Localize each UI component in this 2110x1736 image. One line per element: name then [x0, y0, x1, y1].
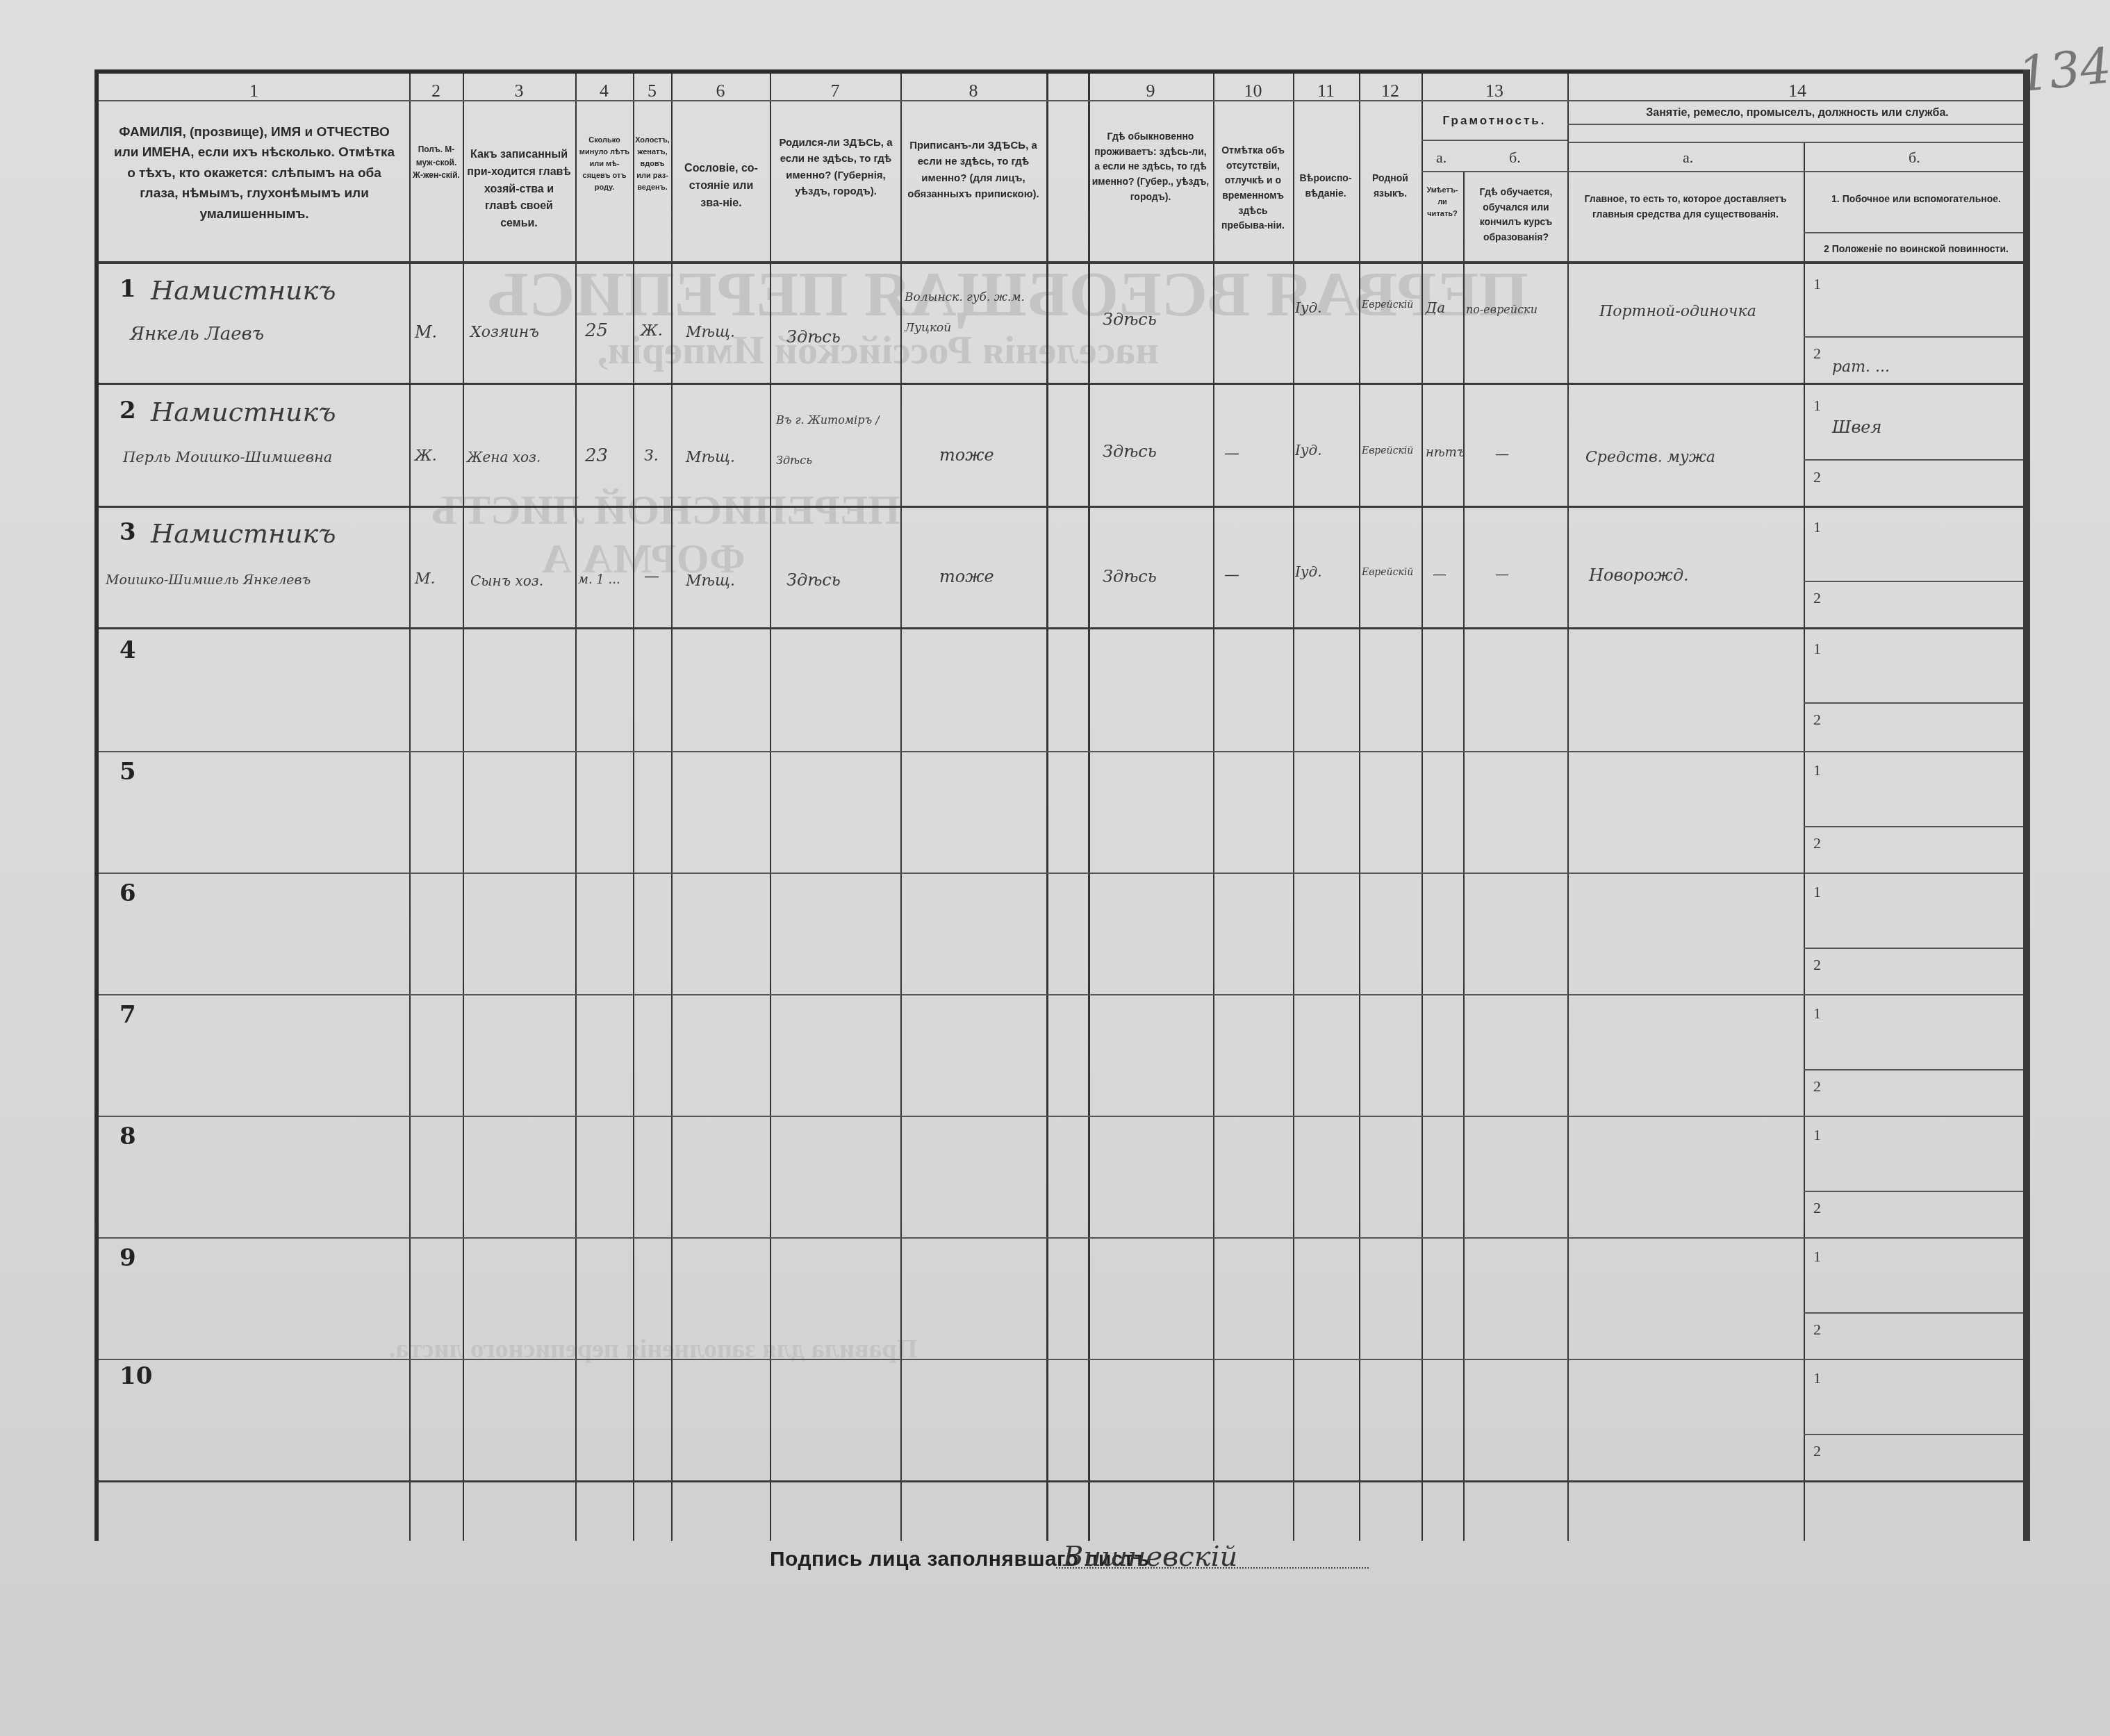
col-divider: [1567, 74, 1569, 1541]
cell-sex: М.: [415, 322, 437, 342]
cell-absence: —: [1224, 567, 1239, 584]
header-13b-label: б.: [1509, 149, 1521, 167]
row-rule: [99, 506, 2027, 508]
subrow-label: 2: [1813, 1442, 1821, 1460]
subrow-label: 2: [1813, 345, 1821, 363]
cell-military: рат. ...: [1832, 358, 1890, 376]
subrow-label: 2: [1813, 1321, 1821, 1339]
cell-age: 25: [585, 320, 608, 341]
col-number: 13: [1421, 81, 1567, 101]
col-divider: [463, 74, 464, 1541]
cell-religion: Іуд.: [1295, 563, 1322, 580]
subrow-rule: [1804, 1312, 2027, 1314]
header-col-6: Сословіе, со-стояніе или зва-ніе.: [679, 160, 763, 212]
col-divider: [1046, 74, 1048, 1541]
subrow-rule: [1804, 459, 2027, 461]
header-14a-label: а.: [1683, 149, 1693, 167]
subrow-label: 2: [1813, 956, 1821, 974]
cell-estate: Мѣщ.: [686, 572, 735, 590]
subrow-rule: [1804, 826, 2027, 827]
col-number: 14: [1567, 81, 2027, 101]
cell-name: Перль Моишко-Шимшевна: [123, 449, 332, 465]
header-bottom-rule: [99, 261, 2027, 264]
header-rule: [1804, 232, 2027, 233]
cell-literacy-read: —: [1433, 565, 1446, 582]
subrow-label: 1: [1813, 275, 1821, 293]
col-number: 3: [463, 81, 575, 101]
col-divider: [1088, 74, 1090, 1541]
col-divider: [1293, 74, 1294, 1541]
cell-residence: Здѣсь: [1103, 310, 1157, 329]
subrow-label: 1: [1813, 1005, 1821, 1023]
cell-age: м. 1 ...: [578, 572, 620, 587]
cell-literacy-where: по-еврейски: [1466, 303, 1538, 316]
subrow-label: 1: [1813, 1369, 1821, 1387]
table-right-border: [2023, 69, 2030, 1541]
col-number: 4: [575, 81, 633, 101]
subrow-label: 2: [1813, 1077, 1821, 1096]
row-number: 9: [119, 1244, 136, 1272]
row-number: 8: [119, 1123, 136, 1150]
col-number: 11: [1293, 81, 1359, 101]
cell-marital: —: [644, 568, 659, 586]
col-divider: [1359, 74, 1360, 1541]
row-rule: [99, 1116, 2027, 1117]
row-rule: [99, 994, 2027, 995]
col-number: 10: [1213, 81, 1293, 101]
header-col-3: Какъ записанный при-ходится главѣ хозяй-…: [467, 147, 571, 233]
col-number: 7: [770, 81, 900, 101]
row-number: 7: [119, 1001, 136, 1029]
cell-absence: —: [1224, 445, 1239, 463]
header-col-1: ФАМИЛІЯ, (прозвище), ИМЯ и ОТЧЕСТВО или …: [108, 122, 400, 224]
row-number: 6: [119, 879, 136, 907]
subrow-label: 2: [1813, 1199, 1821, 1217]
subrow-rule: [1804, 1434, 2027, 1435]
cell-occupation-main: Средств. мужа: [1585, 449, 1715, 466]
cell-born: Здѣсь: [786, 327, 841, 347]
row-rule: [99, 751, 2027, 752]
col-number: 2: [409, 81, 463, 101]
col-number: 1: [99, 81, 409, 101]
cell-relation: Хозяинъ: [470, 324, 539, 341]
header-col-7: Родился-ли ЗДѢСЬ, а если не здѣсь, то гд…: [775, 135, 896, 199]
header-rule: [1567, 124, 2027, 125]
col-divider: [900, 74, 902, 1541]
col-divider: [575, 74, 577, 1541]
cell-sex: М.: [415, 570, 436, 588]
header-col-14: Занятіе, ремесло, промыселъ, должность и…: [1567, 105, 2027, 122]
cell-surname: Намистникъ: [151, 397, 336, 427]
subrow-label: 2: [1813, 834, 1821, 852]
col-divider: [770, 74, 771, 1541]
col-number: 12: [1359, 81, 1421, 101]
subrow-label: 1: [1813, 518, 1821, 536]
row-rule: [99, 627, 2027, 629]
cell-age: 23: [585, 445, 608, 466]
header-13a: Умѣетъ-ли читать?: [1423, 185, 1462, 220]
header-14a: Главное, то есть то, которое доставляетъ…: [1572, 192, 1799, 222]
table-bottom-rule: [99, 1480, 2027, 1482]
col-number: 9: [1088, 81, 1213, 101]
cell-relation: Сынъ хоз.: [470, 572, 543, 589]
row-number: 3: [119, 518, 136, 546]
cell-language: Еврейскій: [1362, 299, 1413, 311]
subrow-rule: [1804, 1069, 2027, 1070]
subrow-label: 1: [1813, 883, 1821, 901]
cell-name: Янкель Лаевъ: [130, 324, 264, 345]
cell-marital: З.: [644, 447, 659, 465]
cell-name: Моишко-Шимшель Янкелевъ: [106, 572, 311, 588]
cell-occupation-side: Швея: [1832, 418, 1881, 437]
cell-literacy-read: Да: [1426, 299, 1445, 316]
col-divider: [671, 74, 673, 1541]
row-number: 2: [119, 397, 136, 424]
header-col-12: Родной языкъ.: [1360, 171, 1420, 201]
col-number: 6: [671, 81, 770, 101]
cell-sex: Ж.: [415, 447, 437, 465]
header-rule: [1421, 171, 1567, 172]
cell-estate: Мѣщ.: [686, 324, 735, 341]
subrow-label: 1: [1813, 640, 1821, 658]
signature: Вишневскій: [1063, 1541, 1237, 1573]
cell-language: Еврейскій: [1362, 445, 1413, 456]
header-col-5: Холостъ, женатъ, вдовъ или раз-веденъ.: [635, 135, 670, 194]
header-col-8: Приписанъ-ли ЗДѢСЬ, а если не здѣсь, то …: [905, 138, 1042, 202]
cell-residence: Здѣсь: [1103, 567, 1157, 586]
row-number: 10: [119, 1362, 152, 1390]
header-13b: Гдѣ обучается, обучался или кончилъ курс…: [1466, 185, 1566, 245]
cell-literacy-read: нѣтъ: [1426, 445, 1465, 460]
subrow-label: 2: [1813, 468, 1821, 486]
subrow-label: 1: [1813, 397, 1821, 415]
header-rule: [1421, 140, 1567, 141]
cell-registered: тоже: [939, 445, 994, 465]
col-number: 8: [900, 81, 1046, 101]
col-divider: [1463, 171, 1465, 1541]
subrow-rule: [1804, 581, 2027, 582]
cell-occupation-main: Портной-одиночка: [1599, 303, 1756, 320]
row-number: 1: [119, 275, 136, 303]
header-14b-2: 2 Положеніе по воинской повинности.: [1806, 242, 2026, 257]
cell-born: Здѣсь: [786, 570, 841, 590]
col-divider: [1804, 143, 1805, 1541]
subrow-label: 2: [1813, 589, 1821, 607]
row-number: 5: [119, 758, 136, 786]
subrow-label: 1: [1813, 1248, 1821, 1266]
col-divider: [1421, 74, 1423, 1541]
subrow-rule: [1804, 1191, 2027, 1192]
header-col-2: Полъ. М-муж-ской. Ж-жен-скій.: [411, 143, 461, 182]
cell-surname: Намистникъ: [151, 275, 336, 306]
cell-registered: тоже: [939, 567, 994, 586]
subrow-rule: [1804, 948, 2027, 949]
cell-born: Въ г. Житоміръ / Здѣсь: [776, 400, 901, 480]
cell-religion: Іуд.: [1295, 442, 1322, 458]
cell-surname: Намистникъ: [151, 518, 336, 549]
cell-literacy-where: —: [1495, 565, 1509, 582]
cell-literacy-where: —: [1495, 445, 1509, 462]
header-col-9: Гдѣ обыкновенно проживаетъ: здѣсь-ли, а …: [1091, 129, 1210, 204]
header-13a-label: а.: [1436, 149, 1446, 167]
header-col-10: Отмѣтка объ отсутствіи, отлучкѣ и о врем…: [1214, 143, 1292, 233]
subrow-label: 1: [1813, 1126, 1821, 1144]
header-14b-label: б.: [1909, 149, 1920, 167]
cell-estate: Мѣщ.: [686, 449, 735, 466]
header-rule: [1567, 142, 2027, 143]
cell-relation: Жена хоз.: [467, 449, 541, 465]
row-rule: [99, 1237, 2027, 1239]
census-table: 1 2 3 4 5 6 7 8 9 10 11 12 13 14 ФАМИЛІЯ…: [94, 69, 2030, 1541]
subrow-label: 1: [1813, 761, 1821, 779]
col-number: 5: [633, 81, 671, 101]
census-sheet: ПЕРВАЯ ВСЕОБЩАЯ ПЕРЕПИСЬ населенія Россі…: [0, 0, 2110, 1736]
col-divider: [633, 74, 634, 1541]
subrow-label: 2: [1813, 711, 1821, 729]
cell-language: Еврейскій: [1362, 567, 1413, 578]
cell-occupation-main: Новорожд.: [1589, 565, 1689, 585]
header-rule: [1567, 171, 2027, 172]
col-divider: [1213, 74, 1214, 1541]
row-number: 4: [119, 636, 136, 664]
subrow-rule: [1804, 702, 2027, 704]
col-divider: [409, 74, 411, 1541]
header-14b-1: 1. Побочное или вспомогательное.: [1806, 192, 2026, 207]
cell-religion: Іуд.: [1295, 299, 1322, 316]
cell-registered: Волынск. губ. ж.м. Луцкой: [905, 282, 1044, 343]
row-rule: [99, 1359, 2027, 1360]
subrow-rule: [1804, 336, 2027, 338]
row-rule: [99, 873, 2027, 874]
cell-marital: Ж.: [641, 322, 663, 340]
header-col-13: Грамотность.: [1421, 112, 1567, 130]
row-rule: [99, 383, 2027, 385]
cell-residence: Здѣсь: [1103, 442, 1157, 461]
header-col-4: Сколько минуло лѣтъ или мѣ-сяцевъ отъ ро…: [578, 135, 631, 194]
header-col-11: Вѣроиспо-вѣданіе.: [1294, 171, 1358, 201]
